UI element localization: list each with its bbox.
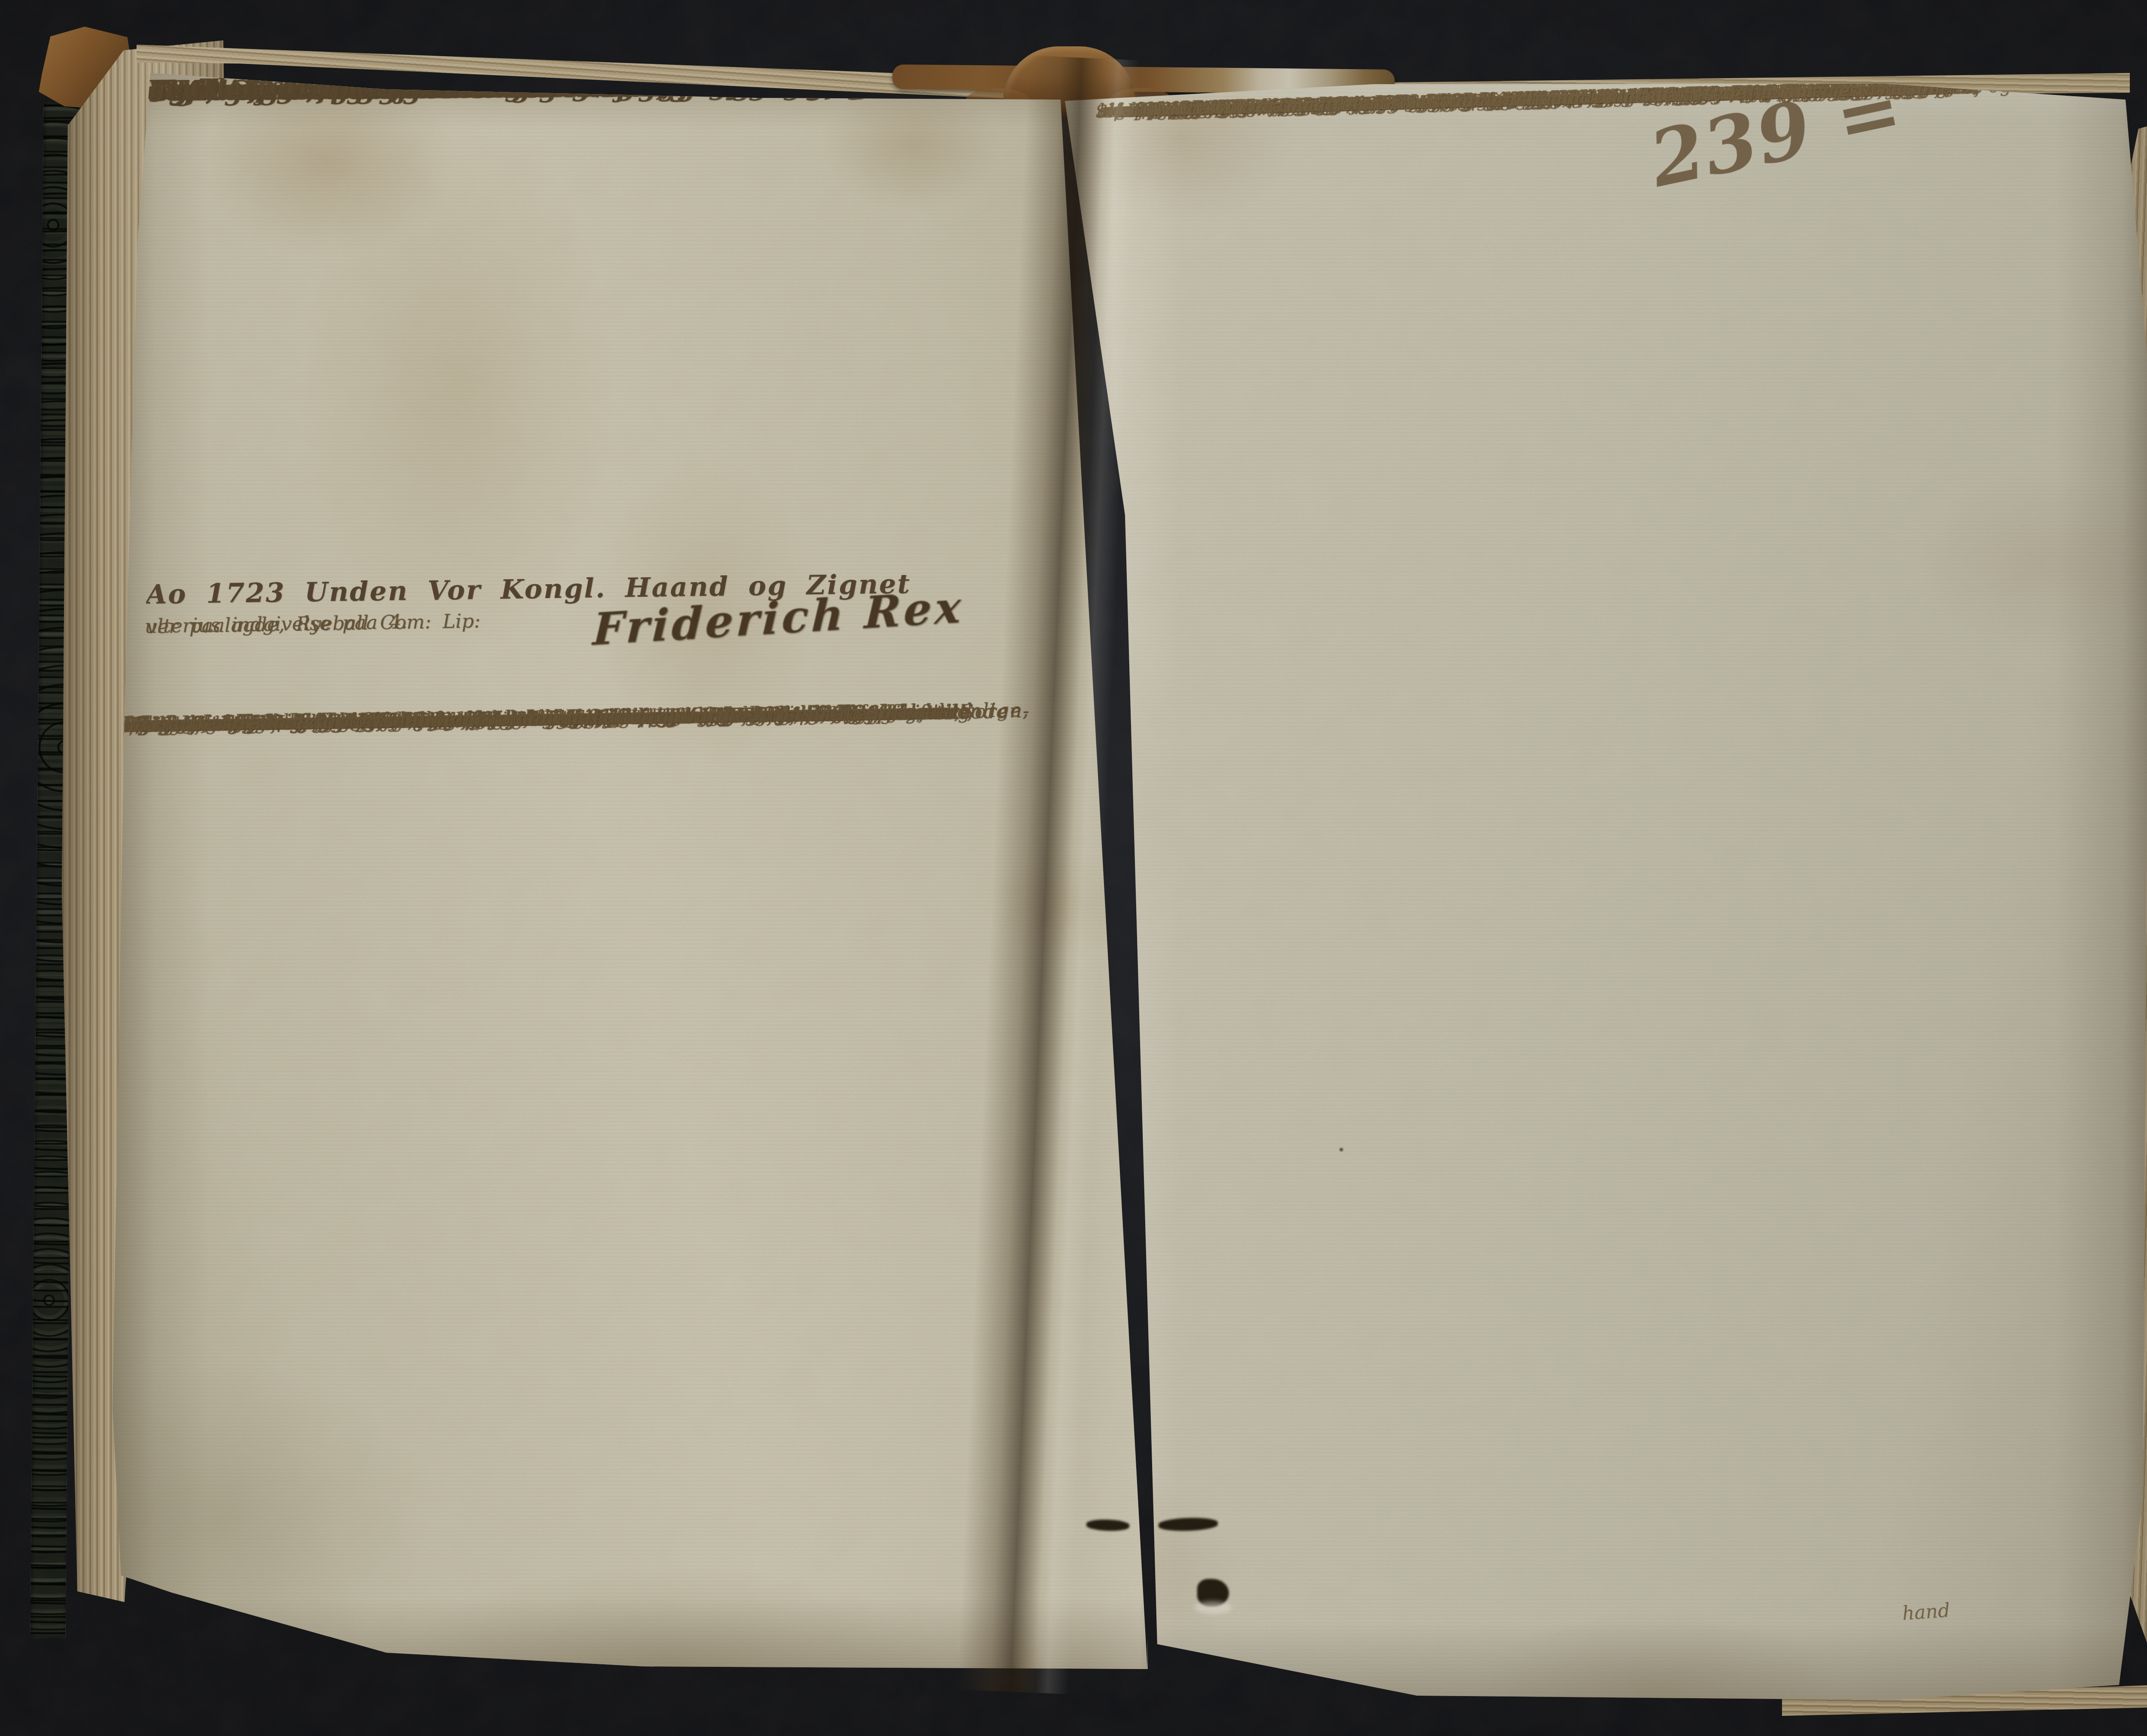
catchword: hand <box>1901 1599 1950 1625</box>
archival-photo-stage: Og udj de terminis som Commercen fleeres… <box>0 0 2147 1736</box>
right-page-edge-shading <box>1048 73 2147 1704</box>
binding-stitch-hole <box>1197 1579 1229 1606</box>
manuscript-line: ulterius indgivelse paa 4. <box>144 606 408 643</box>
right-page: Skriveren Seigr. Schougaard, till Dommen… <box>1048 73 2147 1704</box>
